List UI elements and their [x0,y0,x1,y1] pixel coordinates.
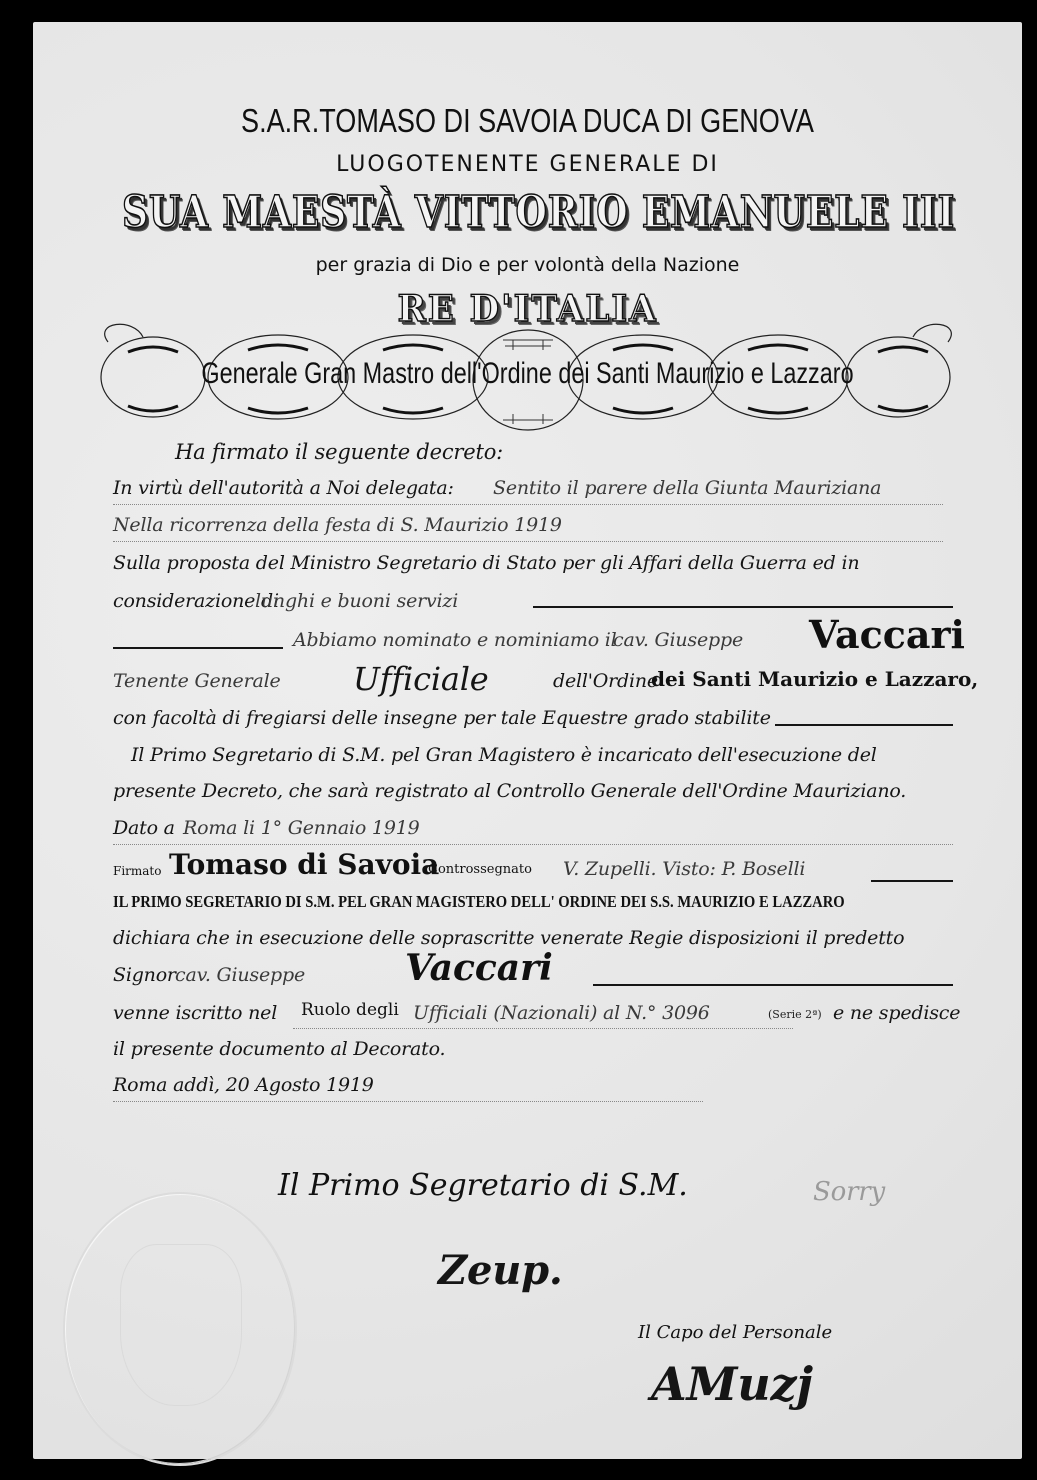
header-lieutenant: LUOGOTENENTE GENERALE DI [33,152,1022,177]
signed-name: Tomaso di Savoia [169,848,439,881]
decree-rank-hand: Tenente Generale [113,670,281,692]
header-king: SUA MAESTÀ VITTORIO EMANUELE III [122,187,933,238]
first-secretary-title: Il Primo Segretario di S.M. [278,1168,688,1203]
declaration-surname: Vaccari [405,947,553,989]
declaration-line-2-printed: Signor [113,964,176,986]
head-personnel-title: Il Capo del Personale [638,1322,832,1343]
decree-line-5-hand: cav. Giuseppe [613,629,743,651]
countersigned-hand: V. Zupelli. Visto: P. Boselli [563,858,805,880]
decree-dated-printed: Dato a [113,817,175,839]
signed-label: Firmato [113,864,161,878]
declaration-line-1: dichiara che in esecuzione delle soprasc… [113,927,904,949]
decree-line-1-hand: Sentito il parere della Giunta Maurizian… [493,477,881,499]
declaration-place-date: Roma addì, 20 Agosto 1919 [113,1074,374,1096]
declaration-line-4: il presente documento al Decorato. [113,1038,445,1060]
declaration-line-3-gothic: Ruolo degli [301,1000,399,1020]
dotted-rule [113,541,943,542]
countersigned-label: Controssegnato [428,862,532,877]
decree-grade: Ufficiale [353,660,489,698]
decree-order-printed: dell'Ordine [553,670,658,692]
decree-order-gothic: dei Santi Maurizio e Lazzaro, [651,667,978,691]
declaration-line-3-end: e ne spedisce [833,1002,960,1024]
declaration-line-3-printed: venne iscritto nel [113,1002,277,1024]
decree-line-9: presente Decreto, che sarà registrato al… [113,780,906,802]
fill-rule [113,647,283,649]
decree-line-7: con facoltà di fregiarsi delle insegne p… [113,707,771,729]
fill-rule [775,724,953,726]
decree-line-3: Sulla proposta del Ministro Segretario d… [113,552,859,574]
header-order: Generale Gran Mastro dell'Ordine dei San… [142,357,913,391]
decree-line-1-printed: In virtù dell'autorità a Noi delegata: [113,477,454,499]
decree-line-4-printed: considerazione di [113,590,279,612]
fill-rule [533,606,953,608]
decree-line-2-hand: Nella ricorrenza della festa di S. Mauri… [113,514,562,536]
seal-crest-icon [120,1244,242,1406]
declaration-series: (Serie 2ª) [768,1008,822,1021]
decree-line-8: Il Primo Segretario di S.M. pel Gran Mag… [131,744,877,766]
decree-line-4-hand: lunghi e buoni servizi [255,590,458,612]
recipient-surname: Vaccari [809,612,965,657]
decree-document: S.A.R.TOMASO DI SAVOIA DUCA DI GENOVA LU… [33,22,1022,1459]
header-duke: S.A.R.TOMASO DI SAVOIA DUCA DI GENOVA [122,102,933,140]
dotted-rule [293,1028,793,1029]
declaration-heading: IL PRIMO SEGRETARIO DI S.M. PEL GRAN MAG… [113,892,845,912]
dotted-rule [113,504,943,505]
declaration-line-2-hand: cav. Giuseppe [175,964,305,986]
dotted-rule [113,1101,703,1102]
decree-dated-hand: Roma li 1° Gennaio 1919 [183,817,419,839]
decree-intro: Ha firmato il seguente decreto: [175,440,503,464]
dotted-rule [113,844,953,845]
first-secretary-signature: Zeup. [438,1247,563,1294]
header-grace: per grazia di Dio e per volontà della Na… [33,254,1022,276]
embossed-seal-icon [63,1192,297,1466]
fill-rule [871,880,953,882]
pencil-note: Sorry [813,1177,885,1207]
decree-line-5-printed: Abbiamo nominato e nominiamo il [293,629,617,651]
head-personnel-signature: AMuzj [651,1357,813,1411]
declaration-line-3-hand: Ufficiali (Nazionali) al N.° 3096 [413,1002,710,1024]
fill-rule [593,984,953,986]
